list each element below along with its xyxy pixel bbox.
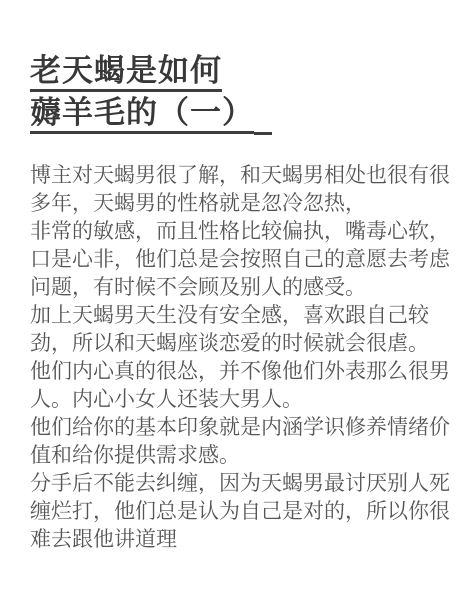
body-line: 劲，所以和天蝎座谈恋爱的时候就会很虐。 [30,330,442,358]
body-line: 人。内心小女人还装大男人。 [30,386,442,414]
page-title: 老天蝎是如何 薅羊毛的（一） [30,50,272,135]
body-line: 缠烂打，他们总是认为自己是对的，所以你很 [30,498,442,526]
body-line: 值和给你提供需求感。 [30,442,442,470]
note-page: 老天蝎是如何 薅羊毛的（一） 博主对天蝎男很了解，和天蝎男相处也很有很 多年，天… [0,0,465,600]
title-underline-tail [254,102,272,135]
body-line: 口是心非，他们总是会按照自己的意愿去考虑 [30,246,442,274]
body-line: 多年，天蝎男的性格就是忽冷忽热， [30,190,442,218]
body-line: 加上天蝎男天生没有安全感，喜欢跟自己较 [30,302,442,330]
title-line-2: 薅羊毛的（一） [30,92,272,135]
body-line: 问题，有时候不会顾及别人的感受。 [30,274,442,302]
title-line-1: 老天蝎是如何 [30,50,272,92]
body-line: 分手后不能去纠缠，因为天蝎男最讨厌别人死 [30,470,442,498]
title-line-1-text: 老天蝎是如何 [30,53,222,92]
body-line: 非常的敏感，而且性格比较偏执，嘴毒心软， [30,218,442,246]
body-text: 博主对天蝎男很了解，和天蝎男相处也很有很 多年，天蝎男的性格就是忽冷忽热， 非常… [30,162,442,554]
body-line: 他们给你的基本印象就是内涵学识修养情绪价 [30,414,442,442]
body-line: 难去跟他讲道理 [30,526,442,554]
body-line: 博主对天蝎男很了解，和天蝎男相处也很有很 [30,162,442,190]
body-line: 他们内心真的很怂，并不像他们外表那么很男 [30,358,442,386]
title-line-2-text: 薅羊毛的（一） [30,95,254,134]
